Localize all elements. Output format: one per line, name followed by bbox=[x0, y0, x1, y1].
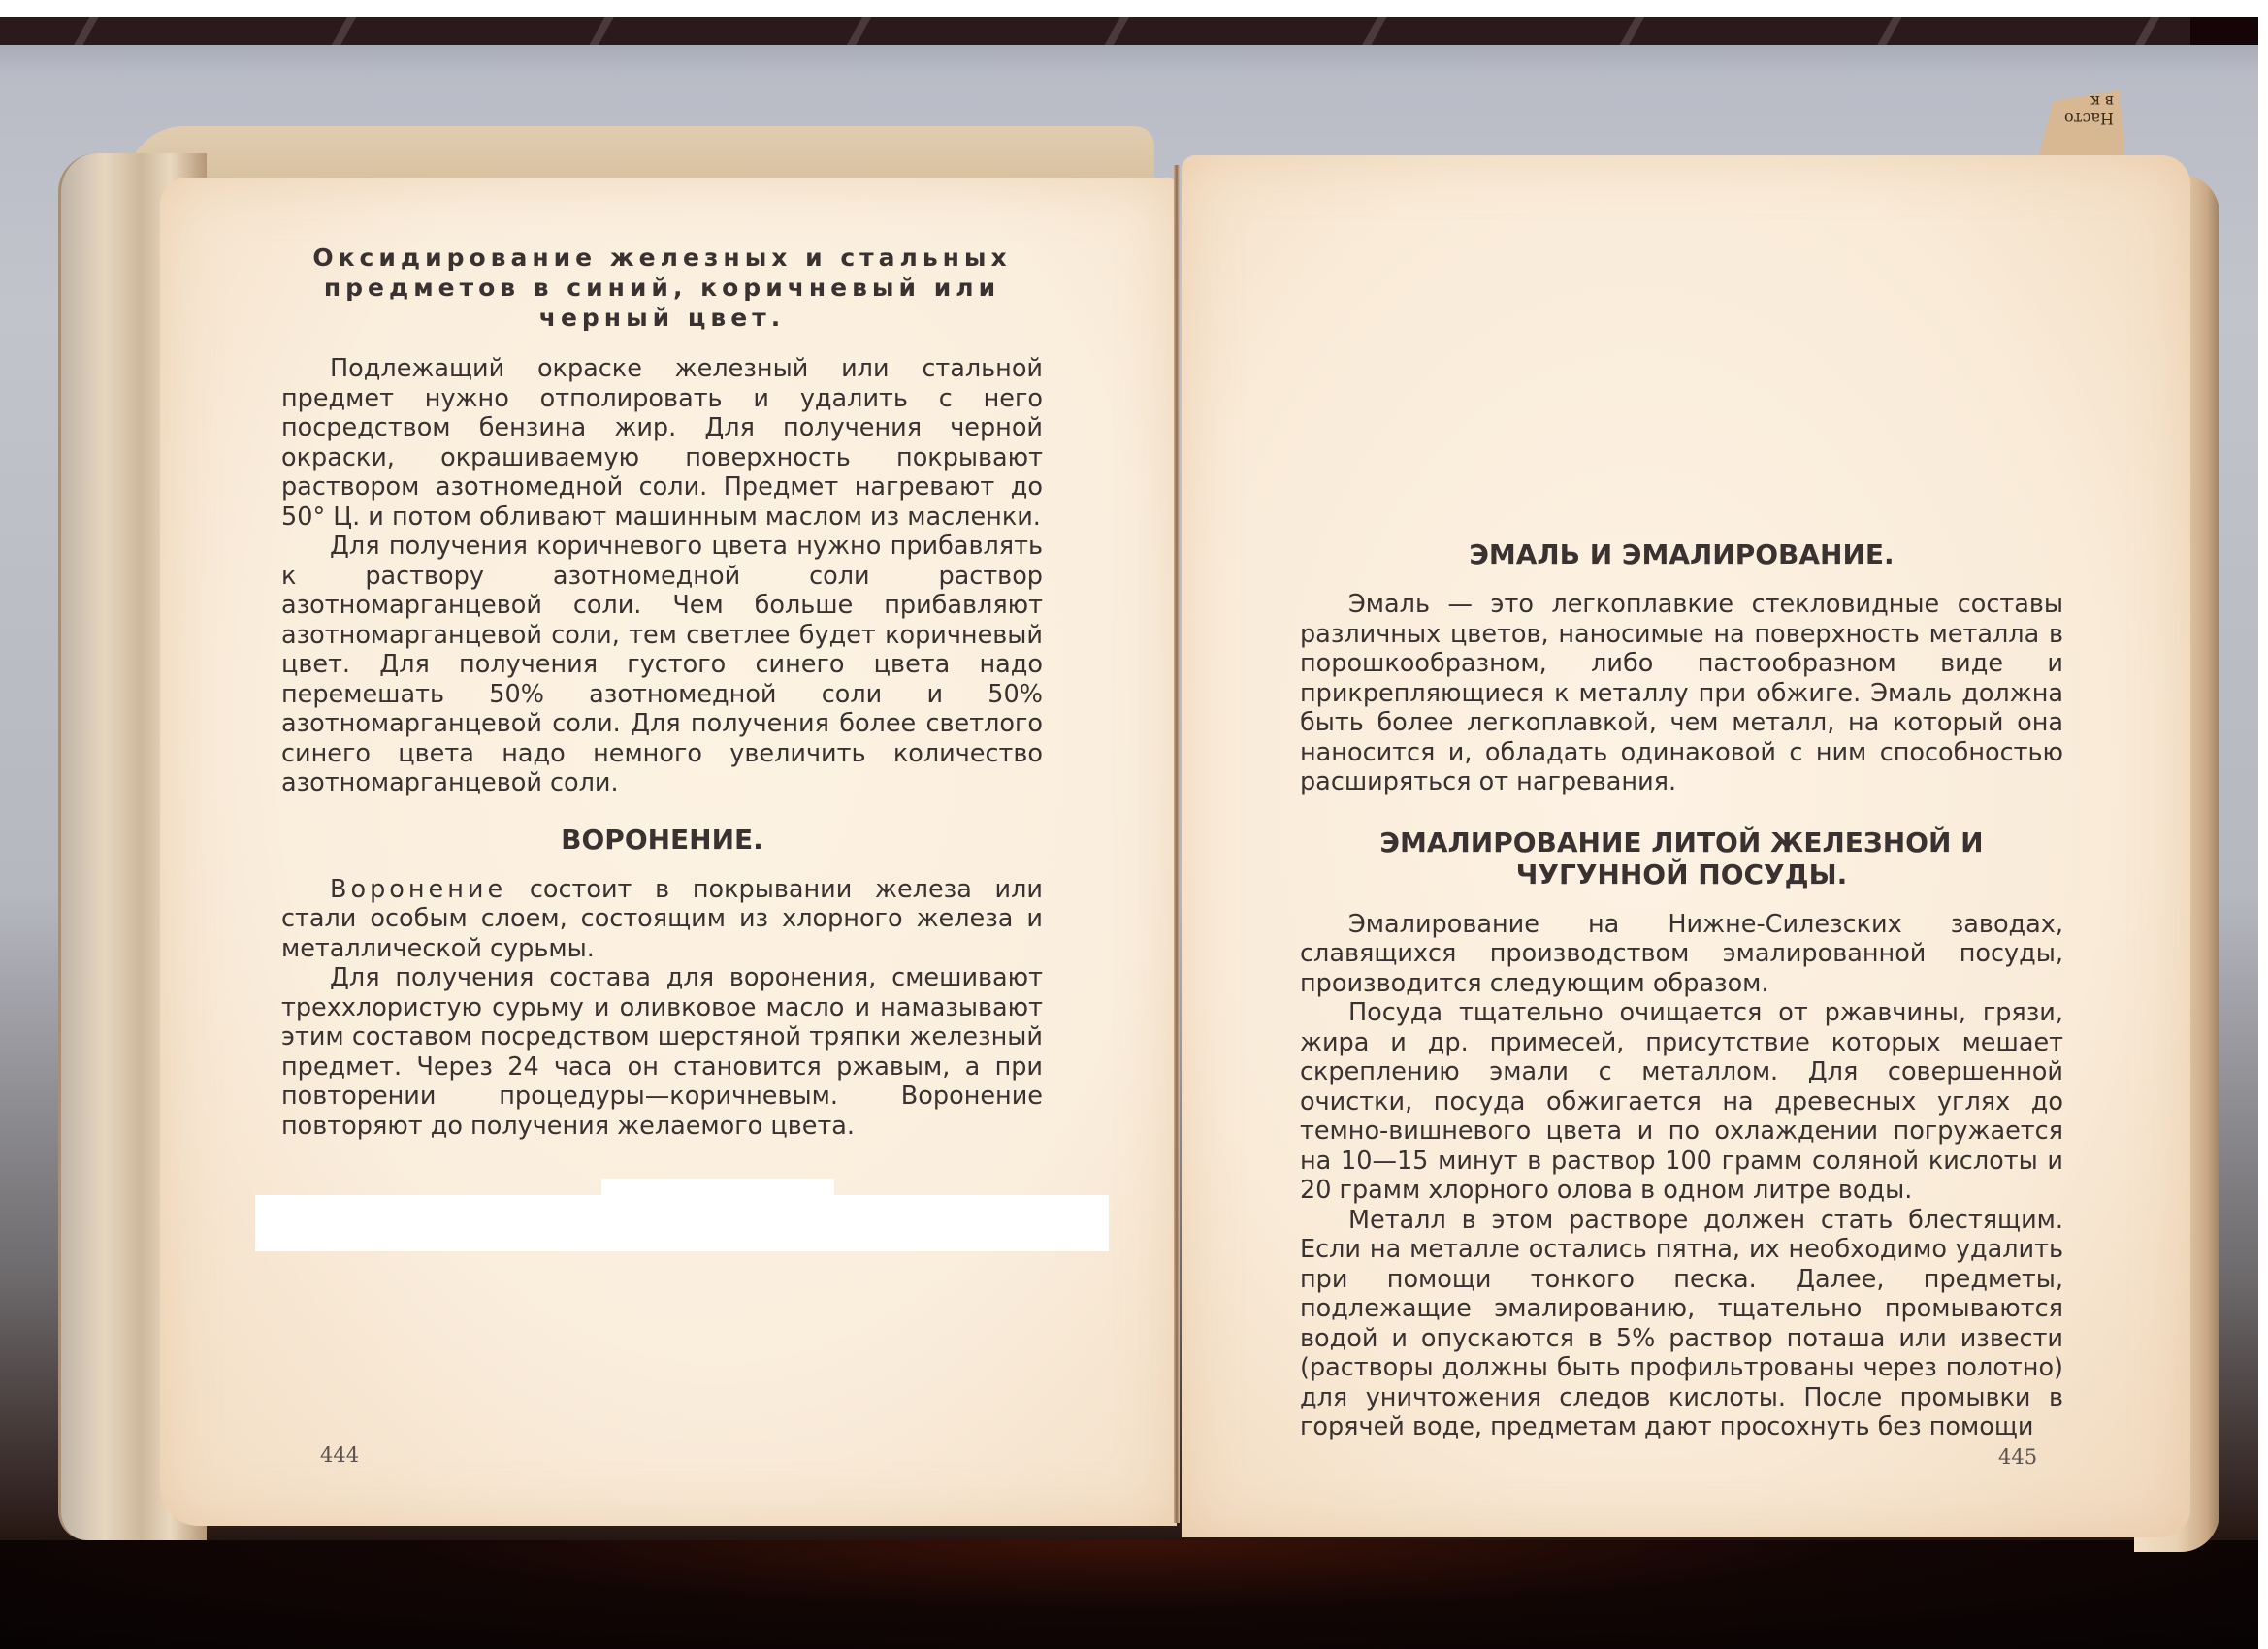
section-heading-voronenie: ВОРОНЕНИЕ. bbox=[281, 824, 1043, 856]
left-section-paragraph-2: Для получения состава для воронения, сме… bbox=[281, 963, 1043, 1141]
page-number-right: 445 bbox=[1998, 1445, 2037, 1469]
redaction-block bbox=[255, 1195, 1109, 1251]
heading-emal: ЭМАЛЬ И ЭМАЛИРОВАНИЕ. bbox=[1300, 538, 2063, 570]
right-page-text-column: ЭМАЛЬ И ЭМАЛИРОВАНИЕ. Эмаль — это легкоп… bbox=[1300, 538, 2063, 1442]
spaced-lead-word: Воронение bbox=[330, 875, 506, 904]
right-paragraph-2: Эмалирование на Нижне-Силезских заводах,… bbox=[1300, 910, 2063, 999]
left-section-paragraph-1: Воронение состоит в покрывании железа ил… bbox=[281, 875, 1043, 964]
left-page-heading: Оксидирование железных и стальных предме… bbox=[281, 242, 1043, 333]
scanner-top-edge bbox=[0, 17, 2258, 45]
heading-emalirovanie-posudy: ЭМАЛИРОВАНИЕ ЛИТОЙ ЖЕЛЕЗНОЙ И ЧУГУННОЙ П… bbox=[1300, 826, 2063, 890]
scanner-bottom-shadow bbox=[0, 1540, 2258, 1649]
book-spine-gutter bbox=[1174, 165, 1180, 1523]
page-number-left: 444 bbox=[320, 1443, 359, 1467]
scanner-top-edge-dark bbox=[2190, 17, 2258, 45]
left-paragraph-1: Подлежащий окраске железный или стальной… bbox=[281, 354, 1043, 532]
right-paragraph-3: Посуда тщательно очищается от ржавчины, … bbox=[1300, 998, 2063, 1206]
left-page-text-column: Оксидирование железных и стальных предме… bbox=[281, 242, 1043, 1141]
left-paragraph-2: Для получения коричневого цвета нужно пр… bbox=[281, 532, 1043, 798]
torn-label-text: Насто в к bbox=[2064, 92, 2114, 127]
right-paragraph-4: Металл в этом растворе должен стать блес… bbox=[1300, 1206, 2063, 1442]
right-paragraph-1: Эмаль — это легкоплавкие стекловидные со… bbox=[1300, 590, 2063, 797]
